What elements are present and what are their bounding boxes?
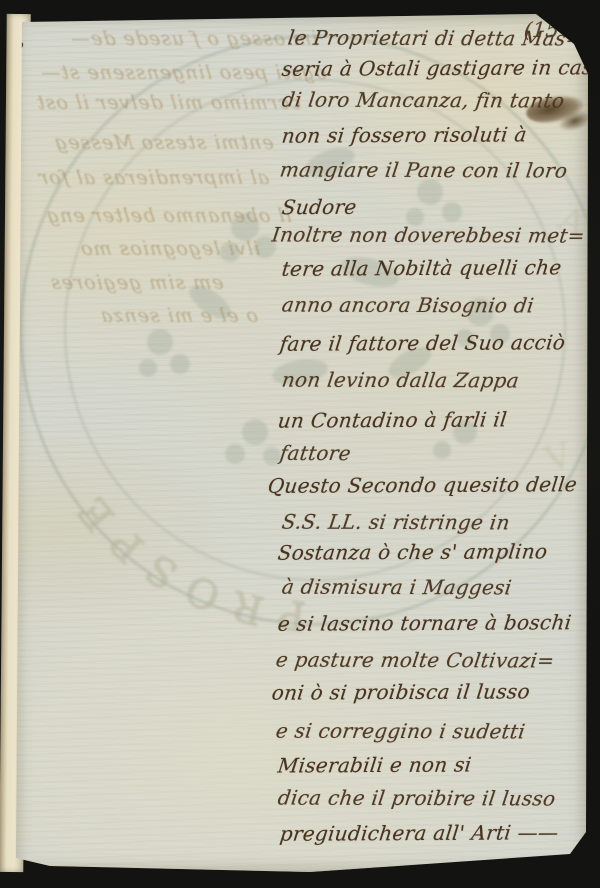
manuscript-line: à dismisura i Maggesi	[280, 575, 513, 600]
ink-speck	[122, 870, 126, 874]
manuscript-line: Sostanza ò che s' amplino	[277, 539, 549, 564]
manuscript-line: Miserabili e non si	[277, 752, 473, 777]
manuscript-line: un Contadino à farli il	[277, 407, 509, 432]
ink-smudge	[553, 12, 573, 26]
manuscript-line: e si lascino tornare à boschi	[276, 610, 572, 636]
manuscript-line: tere alla Nobiltà quelli che	[281, 255, 563, 280]
manuscript-line: fattore	[278, 441, 352, 465]
manuscript-line: Questo Secondo quesito delle	[266, 472, 578, 498]
manuscript-line: seria à Ostali gastigare in caso	[280, 55, 600, 81]
manuscript-line: non si fossero risoluti à	[281, 122, 529, 147]
manuscript-line: le Proprietari di detta Mas=	[286, 25, 584, 50]
manuscript-line: mangiare il Pane con il loro	[278, 157, 569, 182]
bleedthrough-line: il obenanmo belter eng	[45, 205, 293, 227]
bleedthrough-line: ilvi legognios mo	[79, 238, 262, 260]
manuscript-line: fare il fattore del Suo acciò	[278, 330, 566, 355]
svg-text:PROSPE: PROSPE	[61, 477, 308, 639]
bleedthrough-line: o el e mi senza	[99, 305, 260, 327]
bleedthrough-line: ccrmimo mil delver il ost	[35, 92, 302, 114]
seal-ring-text: PROSPE	[61, 477, 308, 639]
bleedthrough-line: im osseg o f usede de—	[69, 28, 320, 50]
bleedthrough-line: al imprendieras al for	[37, 167, 271, 189]
manuscript-line: pregiudichera all' Arti ——	[279, 820, 560, 845]
manuscript-line: anno ancora Bisognio di	[280, 293, 535, 318]
manuscript-line: e pasture molte Coltivazi=	[274, 648, 556, 673]
bleedthrough-line: entmi stesso Messeg	[53, 132, 275, 154]
manuscript-line: non levino dalla Zappa	[280, 368, 520, 393]
manuscript-line: S.S. LL. si ristringe in	[280, 510, 511, 535]
manuscript-line: e si correggino i sudetti	[274, 719, 526, 744]
archival-scan: PROSPE A V im osseg o f usede de— ogsti …	[0, 0, 600, 888]
manuscript-line: di loro Mancanza, fin tanto	[280, 88, 566, 113]
manuscript-line: Sudore	[281, 195, 358, 219]
manuscript-line: oni ò si proibisca il lusso	[271, 679, 532, 704]
manuscript-line: dica che il proibire il lusso	[276, 786, 557, 811]
manuscript-line: Inoltre non doverebbesi met=	[270, 222, 586, 247]
bleedthrough-line: em sim gegiores	[49, 272, 225, 294]
manuscript-page: PROSPE A V im osseg o f usede de— ogsti …	[10, 12, 590, 876]
